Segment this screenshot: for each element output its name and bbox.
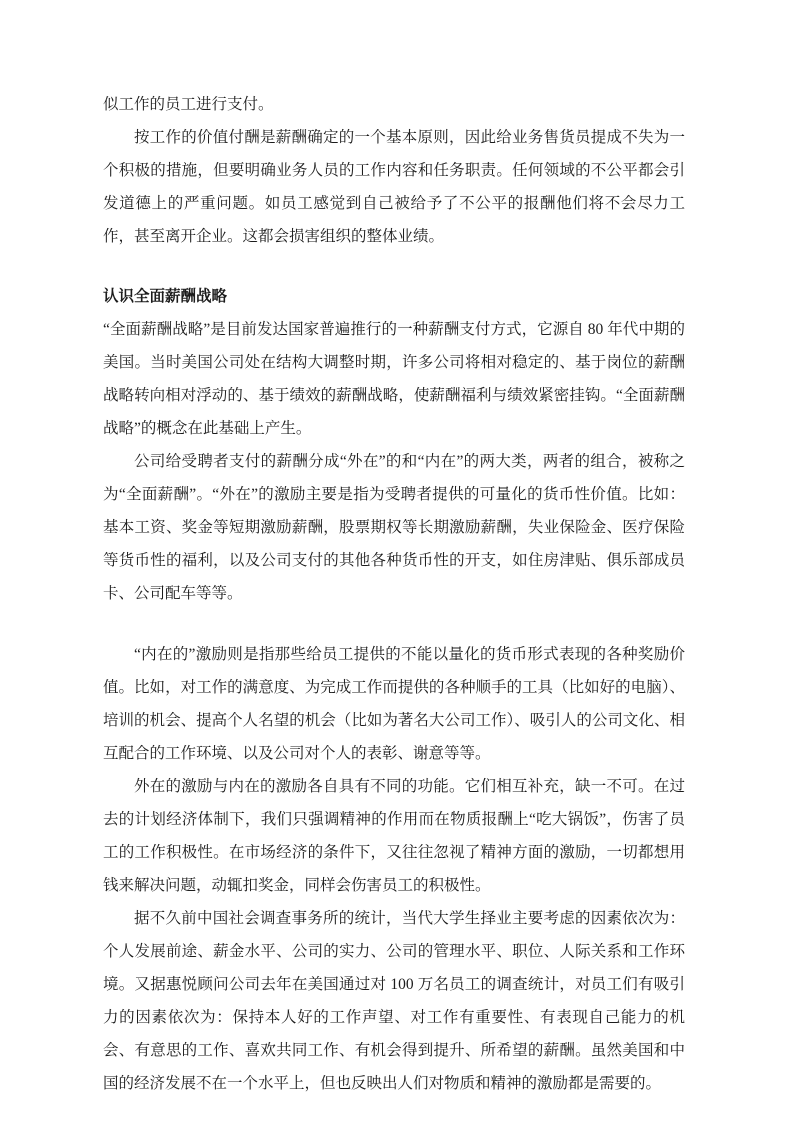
section-heading: 认识全面薪酬战略 [103,280,685,313]
paragraph: “内在的”激励则是指那些给员工提供的不能以量化的货币形式表现的各种奖励价值。比如… [103,638,685,770]
paragraph: 据不久前中国社会调查事务所的统计，当代大学生择业主要考虑的因素依次为：个人发展前… [103,902,685,1100]
paragraph: 公司给受聘者支付的薪酬分成“外在”的和“内在”的两大类，两者的组合，被称之为“全… [103,445,685,610]
document-page: 似工作的员工进行支付。按工作的价值付酬是薪酬确定的一个基本原则，因此给业务售货员… [0,0,793,1122]
paragraph: 按工作的价值付酬是薪酬确定的一个基本原则，因此给业务售货员提成不失为一个积极的措… [103,121,685,253]
document-body: 似工作的员工进行支付。按工作的价值付酬是薪酬确定的一个基本原则，因此给业务售货员… [103,88,685,1100]
paragraph: 似工作的员工进行支付。 [103,88,685,121]
paragraph: “全面薪酬战略”是目前发达国家普遍推行的一种薪酬支付方式，它源自 80 年代中期… [103,313,685,445]
paragraph: 外在的激励与内在的激励各自具有不同的功能。它们相互补充，缺一不可。在过去的计划经… [103,770,685,902]
